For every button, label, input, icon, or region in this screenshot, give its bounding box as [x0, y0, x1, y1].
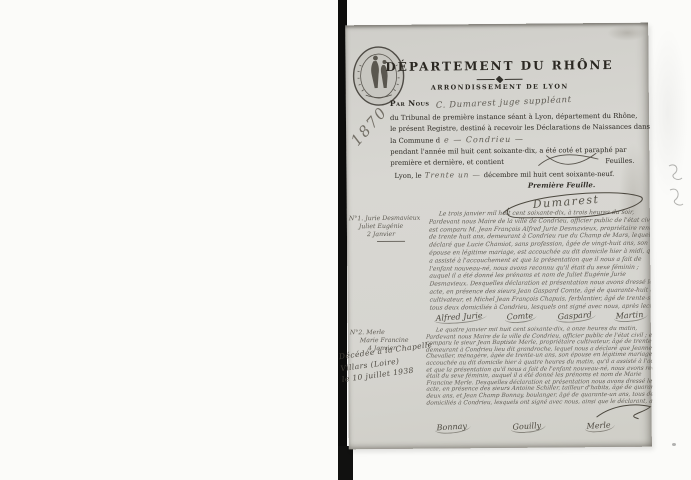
preamble-line-4: la Commune de — Condrieu —: [390, 134, 642, 145]
act1-signature-3: Gaspard: [555, 310, 596, 323]
act1-body-text: Le trois janvier mil huit cent soixante-…: [429, 209, 651, 312]
register-page: 1870 DÉPARTEMENT DU RHÔNE ARRONDISSEMENT…: [345, 23, 652, 450]
contains-label: première et dernière, et contient: [390, 158, 504, 167]
mayor-paraph-flourish: [594, 399, 654, 424]
preamble-line-3: le présent Registre, destiné à recevoir …: [390, 123, 642, 133]
scanned-register-view: 1870 DÉPARTEMENT DU RHÔNE ARRONDISSEMENT…: [0, 0, 691, 480]
act1-signature-1: Alfred Jurie: [433, 311, 487, 325]
act2-body-text: Le quatre janvier mil huit cent soixante…: [426, 326, 653, 407]
act2-signature-1: Bonnay: [434, 421, 471, 434]
date-line: Lyon, leTrente un —décembre mil huit cen…: [394, 169, 646, 180]
commune-name-handwritten: e — Condrieu —: [444, 135, 524, 145]
act2-signatures: Bonnay Gouilly Merle: [435, 421, 615, 434]
par-nous-label: Par Nous: [390, 99, 430, 108]
city-date-label: Lyon, le: [394, 172, 421, 180]
act2-signature-2: Gouilly: [510, 421, 545, 434]
department-title: DÉPARTEMENT DU RHÔNE: [373, 58, 625, 74]
act1-signature-4: Martin: [614, 310, 648, 323]
preamble-line-2: du Tribunal de première instance séant à…: [390, 112, 642, 122]
margin-year-note: 1870: [347, 103, 391, 150]
preamble-line-5: pendant l'année mil huit cent soixante-d…: [390, 146, 642, 156]
act1-date: 2 Janvier: [349, 231, 429, 240]
binding-edge-foot: [338, 446, 353, 480]
date-handwritten: Trente un —: [425, 170, 481, 179]
act1-margin-rule: [377, 241, 405, 242]
feuilles-label: Feuilles.: [605, 157, 634, 165]
act1-margin-note: N°1. Jurie Desmavieux Juliet Eugénie 2 J…: [349, 215, 429, 240]
act1-signatures: Alfred Jurie Comte Gaspard Martin: [434, 311, 648, 324]
judge-name-handwritten: C. Dumarest juge suppléant: [435, 95, 571, 111]
background-ink-dot: [672, 443, 676, 446]
background-pencil-marks: [666, 160, 686, 210]
arrondissement-subtitle: ARRONDISSEMENT DE LYON: [374, 82, 626, 92]
preamble-line-6: première et dernière, et contient Feuill…: [390, 157, 642, 167]
act1-signature-2: Comte: [505, 311, 538, 324]
date-label-end: décembre mil huit cent soixante-neuf.: [484, 170, 615, 179]
page-corner-stain: [607, 25, 647, 41]
preamble-line-1: Par NousC. Dumarest juge suppléant: [390, 97, 642, 109]
commune-label: la Commune d: [390, 137, 440, 145]
